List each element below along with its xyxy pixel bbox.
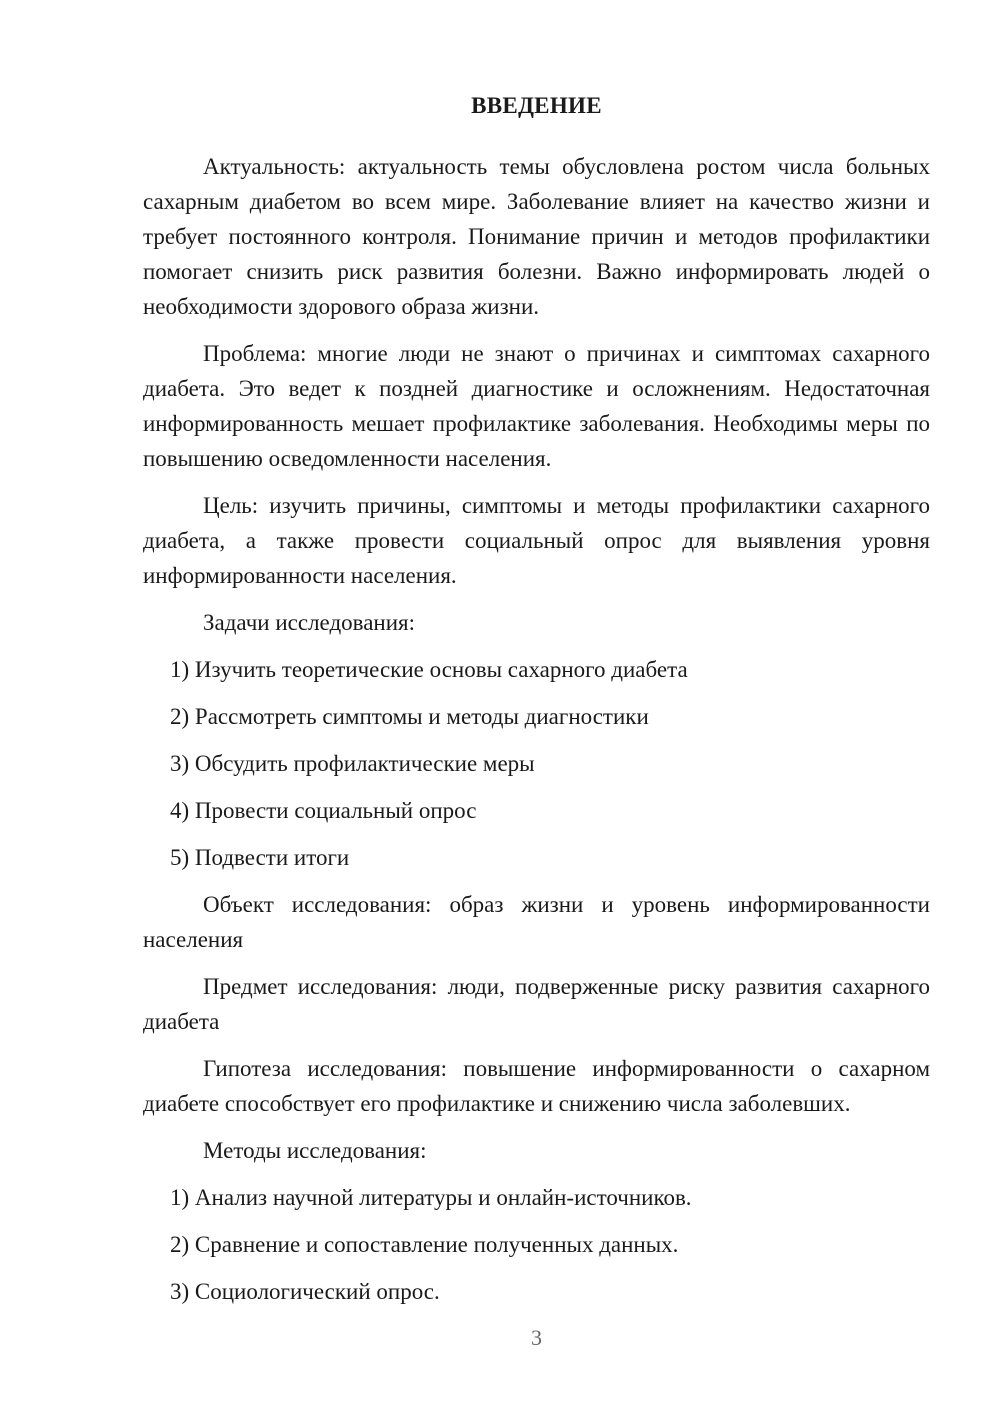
document-page: ВВЕДЕНИЕ Актуальность: актуальность темы…: [0, 0, 1000, 1414]
task-item-2: 2) Рассмотреть симптомы и методы диагнос…: [143, 699, 930, 734]
paragraph-problem: Проблема: многие люди не знают о причина…: [143, 336, 930, 476]
methods-heading: Методы исследования:: [143, 1133, 930, 1168]
page-number: 3: [143, 1322, 930, 1354]
task-item-3: 3) Обсудить профилактические меры: [143, 746, 930, 781]
method-item-2: 2) Сравнение и сопоставление полученных …: [143, 1227, 930, 1262]
paragraph-goal: Цель: изучить причины, симптомы и методы…: [143, 488, 930, 593]
paragraph-object: Объект исследования: образ жизни и урове…: [143, 887, 930, 957]
tasks-heading: Задачи исследования:: [143, 605, 930, 640]
task-item-4: 4) Провести социальный опрос: [143, 793, 930, 828]
page-title: ВВЕДЕНИЕ: [143, 88, 930, 123]
method-item-1: 1) Анализ научной литературы и онлайн-ис…: [143, 1180, 930, 1215]
document-content: ВВЕДЕНИЕ Актуальность: актуальность темы…: [143, 88, 930, 1321]
method-item-3: 3) Социологический опрос.: [143, 1274, 930, 1309]
paragraph-subject: Предмет исследования: люди, подверженные…: [143, 969, 930, 1039]
paragraph-relevance: Актуальность: актуальность темы обусловл…: [143, 149, 930, 324]
task-item-1: 1) Изучить теоретические основы сахарног…: [143, 652, 930, 687]
paragraph-hypothesis: Гипотеза исследования: повышение информи…: [143, 1051, 930, 1121]
task-item-5: 5) Подвести итоги: [143, 840, 930, 875]
